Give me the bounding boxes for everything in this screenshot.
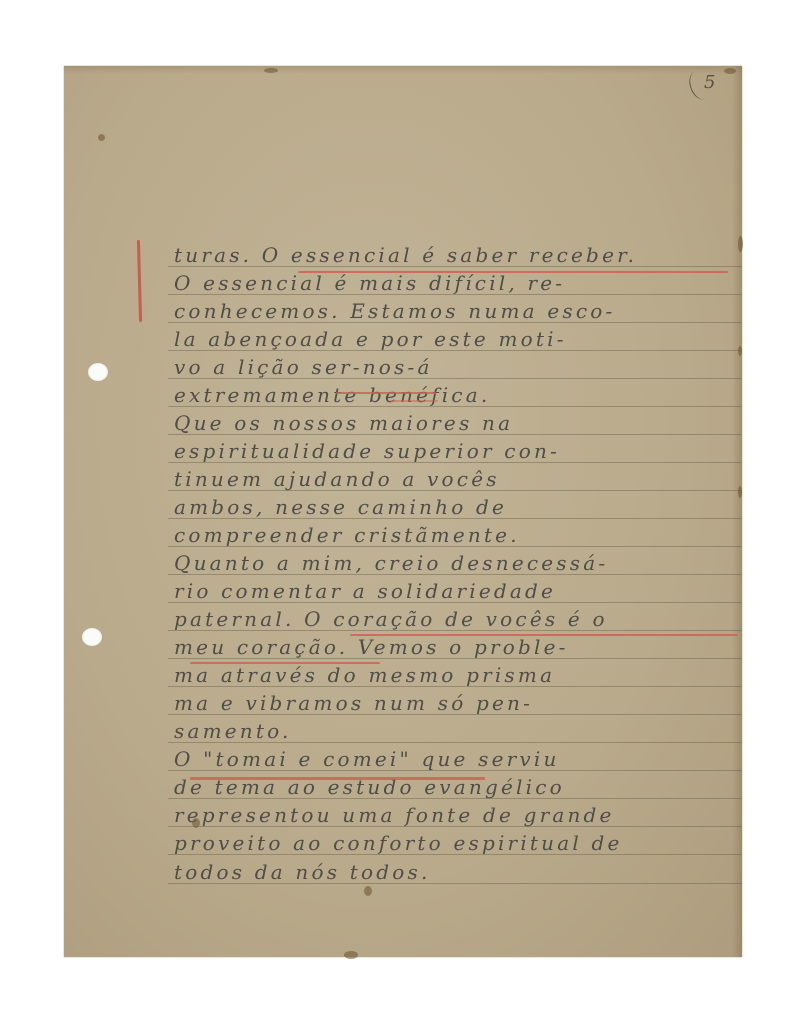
text-line: turas. O essencial é saber receber. — [174, 242, 742, 268]
text-line: tinuem ajudando a vocês — [174, 466, 742, 492]
text-line: Quanto a mim, creio desnecessá- — [174, 550, 742, 576]
punch-hole — [88, 363, 108, 381]
text-line: espiritualidade superior con- — [174, 438, 742, 464]
stain-spot — [364, 886, 372, 896]
red-underline — [336, 392, 436, 394]
punch-hole — [82, 628, 102, 646]
text-line: paternal. O coração de vocês é o — [174, 606, 742, 632]
text-line: Que os nossos maiores na — [174, 410, 742, 436]
red-underline — [298, 271, 728, 273]
text-line: vo a lição ser-nos-á — [174, 354, 742, 380]
stain-spot — [264, 68, 278, 73]
text-line: O essencial é mais difícil, re- — [174, 270, 742, 296]
text-line: ma e vibramos num só pen- — [174, 690, 742, 716]
red-underline — [350, 634, 738, 636]
stain-spot — [724, 68, 736, 74]
stain-spot — [98, 134, 105, 141]
text-line: la abençoada e por este moti- — [174, 326, 742, 352]
text-line: compreender cristãmente. — [174, 522, 742, 548]
text-line: extremamente benéfica. — [174, 382, 742, 408]
red-margin-mark — [137, 240, 142, 322]
manuscript-page: 5 turas. O essencial é saber receber. O … — [64, 66, 742, 957]
text-line: O "tomai e comei" que serviu — [174, 746, 742, 772]
page-number: 5 — [704, 72, 715, 93]
text-line: ambos, nesse caminho de — [174, 494, 742, 520]
text-line: meu coração. Vemos o proble- — [174, 634, 742, 660]
text-line: samento. — [174, 718, 742, 744]
text-line: todos da nós todos. — [174, 859, 742, 885]
text-line: proveito ao conforto espiritual de — [174, 830, 742, 856]
text-line: ma através do mesmo prisma — [174, 662, 742, 688]
edge-stain — [64, 66, 742, 74]
red-underline — [190, 662, 380, 664]
stain-spot — [344, 951, 358, 959]
text-line: conhecemos. Estamos numa esco- — [174, 298, 742, 324]
red-underline — [190, 777, 485, 780]
text-line: rio comentar a solidariedade — [174, 578, 742, 604]
red-underline — [390, 400, 438, 402]
text-line: representou uma fonte de grande — [174, 802, 742, 828]
